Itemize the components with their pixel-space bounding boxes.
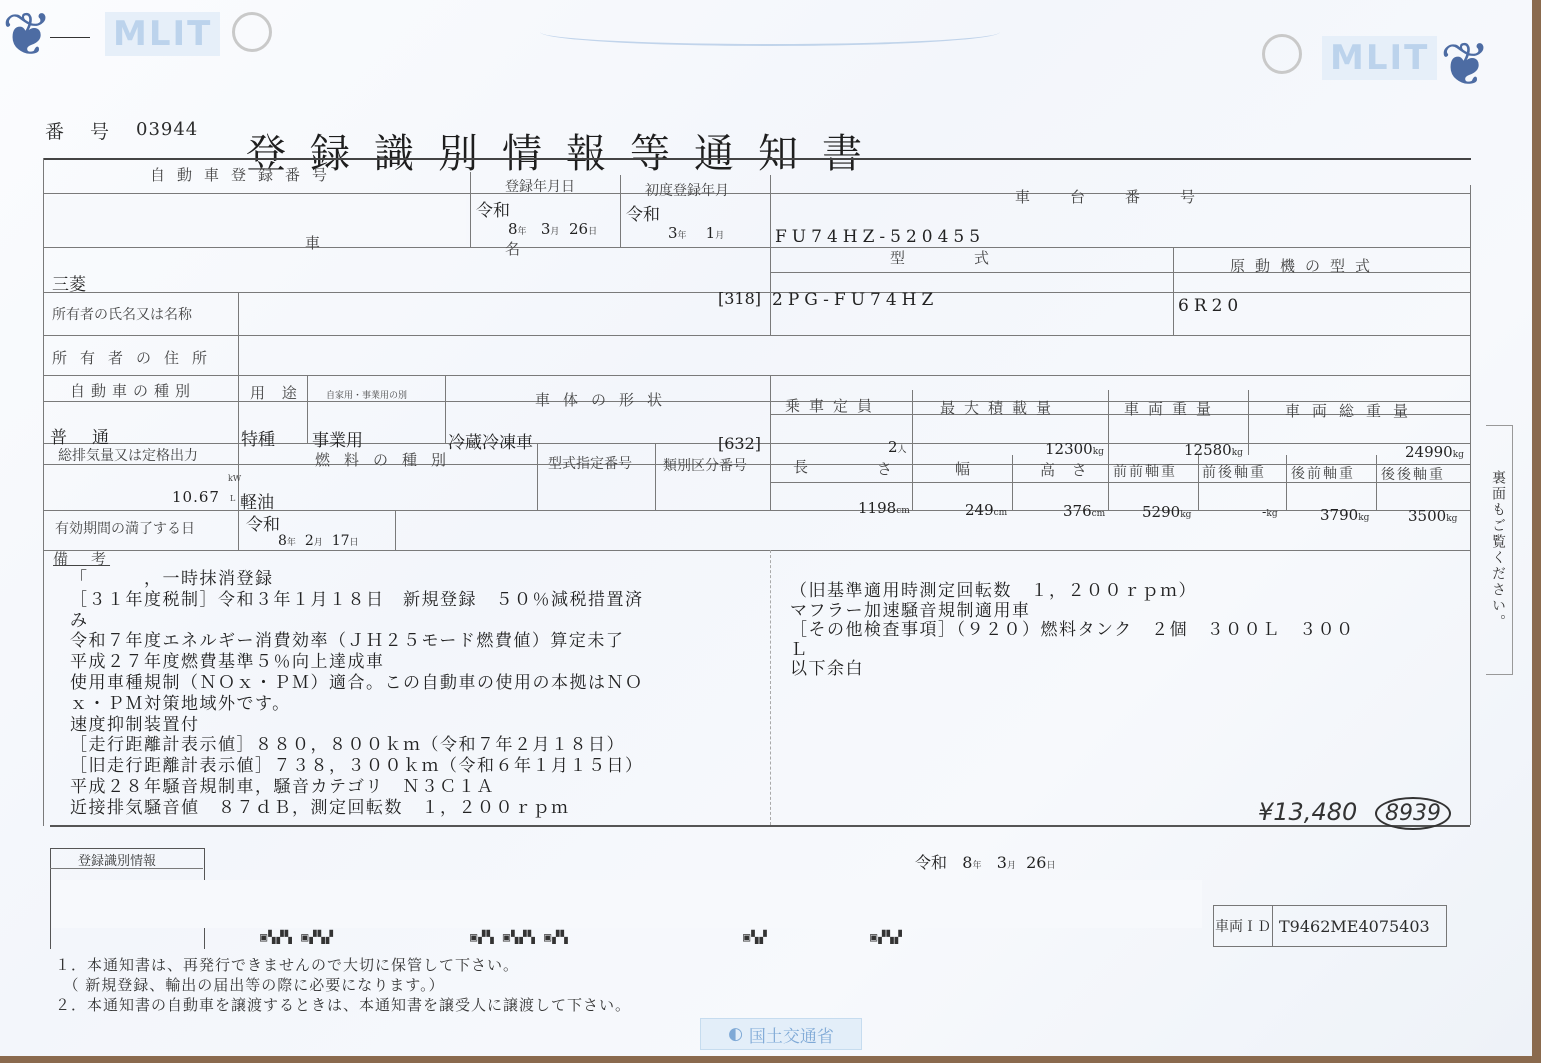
serial-number: 03944 xyxy=(136,119,198,140)
remarks-left-line: 「 ，一時抹消登録 xyxy=(70,569,644,590)
car-name-value: 三菱 xyxy=(52,270,86,295)
chassis-label: 車台番号 xyxy=(1015,186,1235,207)
remarks-right-line: ［その他検査事項］（９２０）燃料タンク ２個 ３００Ｌ ３００ xyxy=(790,621,1355,641)
model-label: 型 式 xyxy=(890,247,995,268)
remarks-left: 「 ，一時抹消登録［３１年度税制］令和３年１月１８日 新規登録 ５０％減税措置済… xyxy=(70,569,644,819)
gross-weight-value: 24990kg xyxy=(1405,443,1464,461)
max-load-label: 最大積載量 xyxy=(940,397,1060,418)
first-reg-value: 3年 1月 xyxy=(668,224,724,242)
footer-notes-line: ２．本通知書の自動車を譲渡するときは、本通知書を譲受人に譲渡して下さい。 xyxy=(55,995,631,1015)
remarks-left-line: 近接排気騒音値 ８７ｄＢ，測定回転数 １，２００ｒｐｍ xyxy=(70,798,644,819)
displacement-unit-l: L xyxy=(230,494,235,503)
engine-label: 原動機の型式 xyxy=(1230,255,1380,276)
remarks-right-line: 以下余白 xyxy=(790,660,1355,680)
length-label-2: さ xyxy=(877,458,898,479)
remarks-left-line: ［旧走行距離計表示値］７３８，３００ｋｍ（令和６年１月１５日） xyxy=(70,756,644,777)
document-title: 登録識別情報等通知書 xyxy=(246,122,886,179)
ornament-line xyxy=(50,37,90,38)
reg-number-redacted xyxy=(46,196,466,244)
remarks-left-line: 速度抑制装置付 xyxy=(70,715,644,736)
length-label: 長 xyxy=(793,456,814,477)
remarks-right-line: Ｌ xyxy=(790,641,1355,661)
remarks-left-line: 令和７年度エネルギー消費効率（ＪＨ２５モード燃費値）算定未了 xyxy=(70,631,644,652)
chassis-number: FU74HZ-520455 xyxy=(775,227,985,247)
height-label: 高 さ xyxy=(1040,459,1093,480)
fr-axle-label: 前後軸重 xyxy=(1202,462,1266,482)
car-name-label-2: 名 xyxy=(505,238,526,259)
use-label: 用 途 xyxy=(250,382,303,403)
capacity-label: 乗車定員 xyxy=(785,395,881,416)
ornament-top-center xyxy=(540,18,1000,46)
length-value: 1198cm xyxy=(858,499,910,517)
remarks-left-line: ［走行距離計表示値］８８０，８００ｋｍ（令和７年２月１８日） xyxy=(70,735,644,756)
issue-date: 令和 8年 3月 26日 xyxy=(915,850,1056,873)
table-border-left xyxy=(43,158,44,826)
first-reg-label: 初度登録年月 xyxy=(645,180,729,200)
gross-weight-label: 車両総重量 xyxy=(1285,400,1420,421)
fuel-label: 燃料の種別 xyxy=(315,449,460,470)
remarks-right-line: （旧基準適用時測定回転数 １，２００ｒｐｍ） xyxy=(790,582,1355,602)
table-border-bottom xyxy=(50,825,1470,827)
reg-date-era: 令和 xyxy=(476,196,510,221)
reg-date-label: 登録年月日 xyxy=(505,176,575,196)
ornament-top-right-icon: ❦ xyxy=(1440,30,1490,100)
reg-info-code-2: ▣▞▚ ▣▚▞▚ ▣▞▚ xyxy=(470,930,569,944)
remarks-right-line: マフラー加速騒音規制適用車 xyxy=(790,602,1355,622)
table-border-top xyxy=(43,158,1471,160)
expiry-era: 令和 xyxy=(246,510,280,535)
mlit-logo-left: MLIT xyxy=(105,12,220,56)
displacement-unit-kw: kW xyxy=(228,474,241,483)
private-business-label: 自家用・事業用の別 xyxy=(326,388,407,401)
use-value: 特種 xyxy=(241,425,275,450)
vehicle-kind-label: 自動車の種別 xyxy=(70,380,196,401)
category-number-label: 類別区分番号 xyxy=(663,455,747,475)
max-load-value: 12300kg xyxy=(1045,440,1104,458)
emblem-right-icon xyxy=(1262,34,1302,74)
ff-axle-label: 前前軸重 xyxy=(1113,461,1177,481)
footer-notes-line: （ 新規登録、輸出の届出等の際に必要になります。） xyxy=(55,975,631,995)
width-value: 249cm xyxy=(965,501,1007,519)
vehicle-weight-value: 12580kg xyxy=(1184,441,1243,459)
ministry-logo: ◐ 国土交通省 xyxy=(700,1018,862,1050)
model-code: [318] xyxy=(718,289,761,308)
vehicle-id-label: 車両ＩＤ xyxy=(1214,906,1273,946)
rr-axle-value: 3500kg xyxy=(1408,507,1457,525)
remarks-right: （旧基準適用時測定回転数 １，２００ｒｐｍ）マフラー加速騒音規制適用車［その他検… xyxy=(790,582,1355,680)
remarks-left-line: 平成２８年騒音規制車，騒音カテゴリ Ｎ３Ｃ１Ａ xyxy=(70,777,644,798)
remarks-left-line: み xyxy=(70,611,644,632)
registration-notice-document: ❦ ❦ MLIT MLIT 番 号 03944 登録識別情報等通知書 自動車登録… xyxy=(0,0,1532,1056)
table-border-right xyxy=(1470,185,1471,825)
reg-info-code-3: ▣▚▞ xyxy=(743,930,768,944)
remarks-left-line: 平成２７年度燃費基準５％向上達成車 xyxy=(70,652,644,673)
emblem-left-icon xyxy=(232,12,272,52)
ministry-mark-icon: ◐ xyxy=(728,1024,743,1044)
reg-info-redacted xyxy=(52,880,1202,928)
remarks-label: 備 考 xyxy=(53,548,110,569)
model-value: 2PG-FU74HZ xyxy=(772,290,938,310)
rr-axle-label: 後後軸重 xyxy=(1381,464,1445,484)
body-shape-label: 車体の形状 xyxy=(535,389,675,410)
remarks-left-line: ［３１年度税制］令和３年１月１８日 新規登録 ５０％減税措置済 xyxy=(70,590,644,611)
footer-notes-line: １．本通知書は、再発行できませんので大切に保管して下さい。 xyxy=(55,955,631,975)
fr-axle-value: -kg xyxy=(1262,505,1278,520)
rf-axle-label: 後前軸重 xyxy=(1291,463,1355,483)
rf-axle-value: 3790kg xyxy=(1320,506,1369,524)
handwritten-circled-number: 8939 xyxy=(1375,797,1451,830)
handwritten-price: ¥13,480 xyxy=(1258,798,1357,826)
reg-date-value: 8年 3月 26日 xyxy=(508,220,597,238)
car-name-label: 車 xyxy=(305,232,326,253)
reg-info-label: 登録識別情報 xyxy=(78,850,156,869)
reg-info-code-4: ▣▞▚▞ xyxy=(870,930,903,944)
vehicle-weight-label: 車両重量 xyxy=(1124,398,1220,419)
body-shape-value: 冷蔵冷凍車 xyxy=(448,428,533,453)
reg-number-label: 自動車登録番号 xyxy=(150,164,339,185)
mlit-logo-right: MLIT xyxy=(1322,36,1437,80)
remarks-left-line: ｘ・ＰＭ対策地域外です。 xyxy=(70,694,644,715)
width-label: 幅 xyxy=(955,458,976,479)
displacement-value: 10.67 xyxy=(172,488,220,506)
ornament-top-left-icon: ❦ xyxy=(2,0,52,70)
vehicle-id-value: T9462ME4075403 xyxy=(1273,906,1446,946)
private-business-value: 事業用 xyxy=(312,426,363,451)
displacement-label: 総排気量又は定格出力 xyxy=(58,445,198,465)
ministry-name: 国土交通省 xyxy=(749,1022,834,1047)
serial-label: 番 号 xyxy=(45,117,119,144)
ff-axle-value: 5290kg xyxy=(1142,503,1191,521)
owner-name-label: 所有者の氏名又は名称 xyxy=(52,304,192,324)
height-value: 376cm xyxy=(1063,502,1105,520)
reg-info-code-1: ▣▚▞▚ ▣▞▚▞ xyxy=(260,930,334,944)
capacity-value: 2人 xyxy=(888,438,907,456)
owner-address-label: 所有者の住所 xyxy=(52,347,220,368)
first-reg-era: 令和 xyxy=(626,200,660,225)
engine-value: 6R20 xyxy=(1178,296,1243,316)
footer-notes: １．本通知書は、再発行できませんので大切に保管して下さい。 （ 新規登録、輸出の… xyxy=(55,955,631,1015)
type-designation-label: 型式指定番号 xyxy=(548,453,632,473)
expiry-label: 有効期間の満了する日 xyxy=(55,518,195,538)
expiry-date: 8年 2月 17日 xyxy=(278,533,359,549)
remarks-left-line: 使用車種規制（ＮＯｘ・ＰＭ）適合。この自動車の使用の本拠はＮＯ xyxy=(70,673,644,694)
side-note-text: 裏面もご覧ください。 xyxy=(1488,470,1508,630)
vehicle-id-box: 車両ＩＤ T9462ME4075403 xyxy=(1213,905,1447,947)
body-shape-code: [632] xyxy=(718,434,761,453)
